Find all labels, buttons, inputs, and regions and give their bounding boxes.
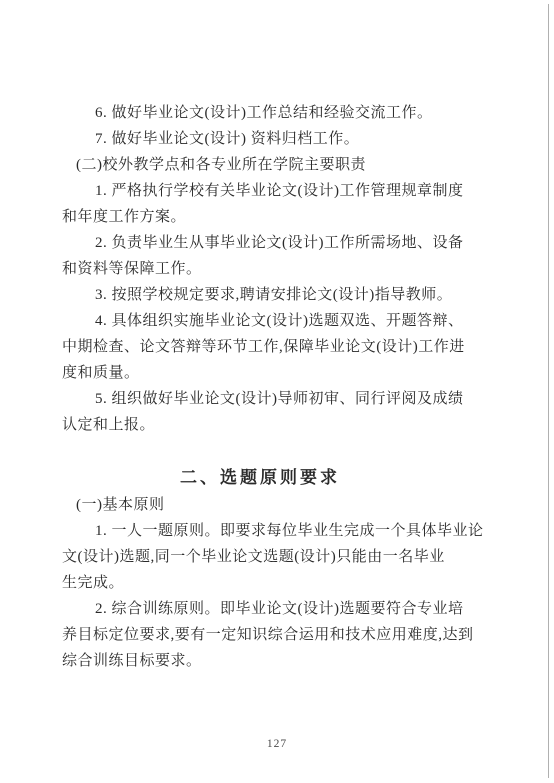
document-body: 6. 做好毕业论文(设计)工作总结和经验交流工作。 7. 做好毕业论文(设计) …: [62, 100, 494, 674]
text-line: 2. 综合训练原则。即毕业论文(设计)选题要符合专业培: [62, 596, 494, 622]
text-line: 和年度工作方案。: [62, 204, 494, 230]
page-edge-scan-line: [548, 4, 549, 778]
text-line: 2. 负责毕业生从事毕业论文(设计)工作所需场地、设备: [62, 230, 494, 256]
text-line: 4. 具体组织实施毕业论文(设计)选题双选、开题答辩、: [62, 308, 494, 334]
page-number: 127: [0, 738, 554, 750]
text-line: 1. 一人一题原则。即要求每位毕业生完成一个具体毕业论: [62, 518, 494, 544]
text-line: 文(设计)选题,同一个毕业论文选题(设计)只能由一名毕业: [62, 544, 494, 570]
section-heading: 二、选题原则要求: [44, 464, 476, 492]
text-line: 度和质量。: [62, 360, 494, 386]
text-line: 6. 做好毕业论文(设计)工作总结和经验交流工作。: [62, 100, 494, 126]
document-page: 6. 做好毕业论文(设计)工作总结和经验交流工作。 7. 做好毕业论文(设计) …: [0, 0, 554, 783]
text-line: 3. 按照学校规定要求,聘请安排论文(设计)指导教师。: [62, 282, 494, 308]
text-line: 7. 做好毕业论文(设计) 资料归档工作。: [62, 126, 494, 152]
text-line: 中期检查、论文答辩等环节工作,保障毕业论文(设计)工作进: [62, 334, 494, 360]
text-line: 生完成。: [62, 570, 494, 596]
subsection-heading: (一)基本原则: [62, 492, 494, 518]
text-line: 养目标定位要求,要有一定知识综合运用和技术应用难度,达到: [62, 622, 494, 648]
text-line: 5. 组织做好毕业论文(设计)导师初审、同行评阅及成绩: [62, 386, 494, 412]
subsection-heading: (二)校外教学点和各专业所在学院主要职责: [62, 152, 494, 178]
text-line: 认定和上报。: [62, 412, 494, 438]
text-line: 1. 严格执行学校有关毕业论文(设计)工作管理规章制度: [62, 178, 494, 204]
text-line: 综合训练目标要求。: [62, 648, 494, 674]
text-line: 和资料等保障工作。: [62, 256, 494, 282]
